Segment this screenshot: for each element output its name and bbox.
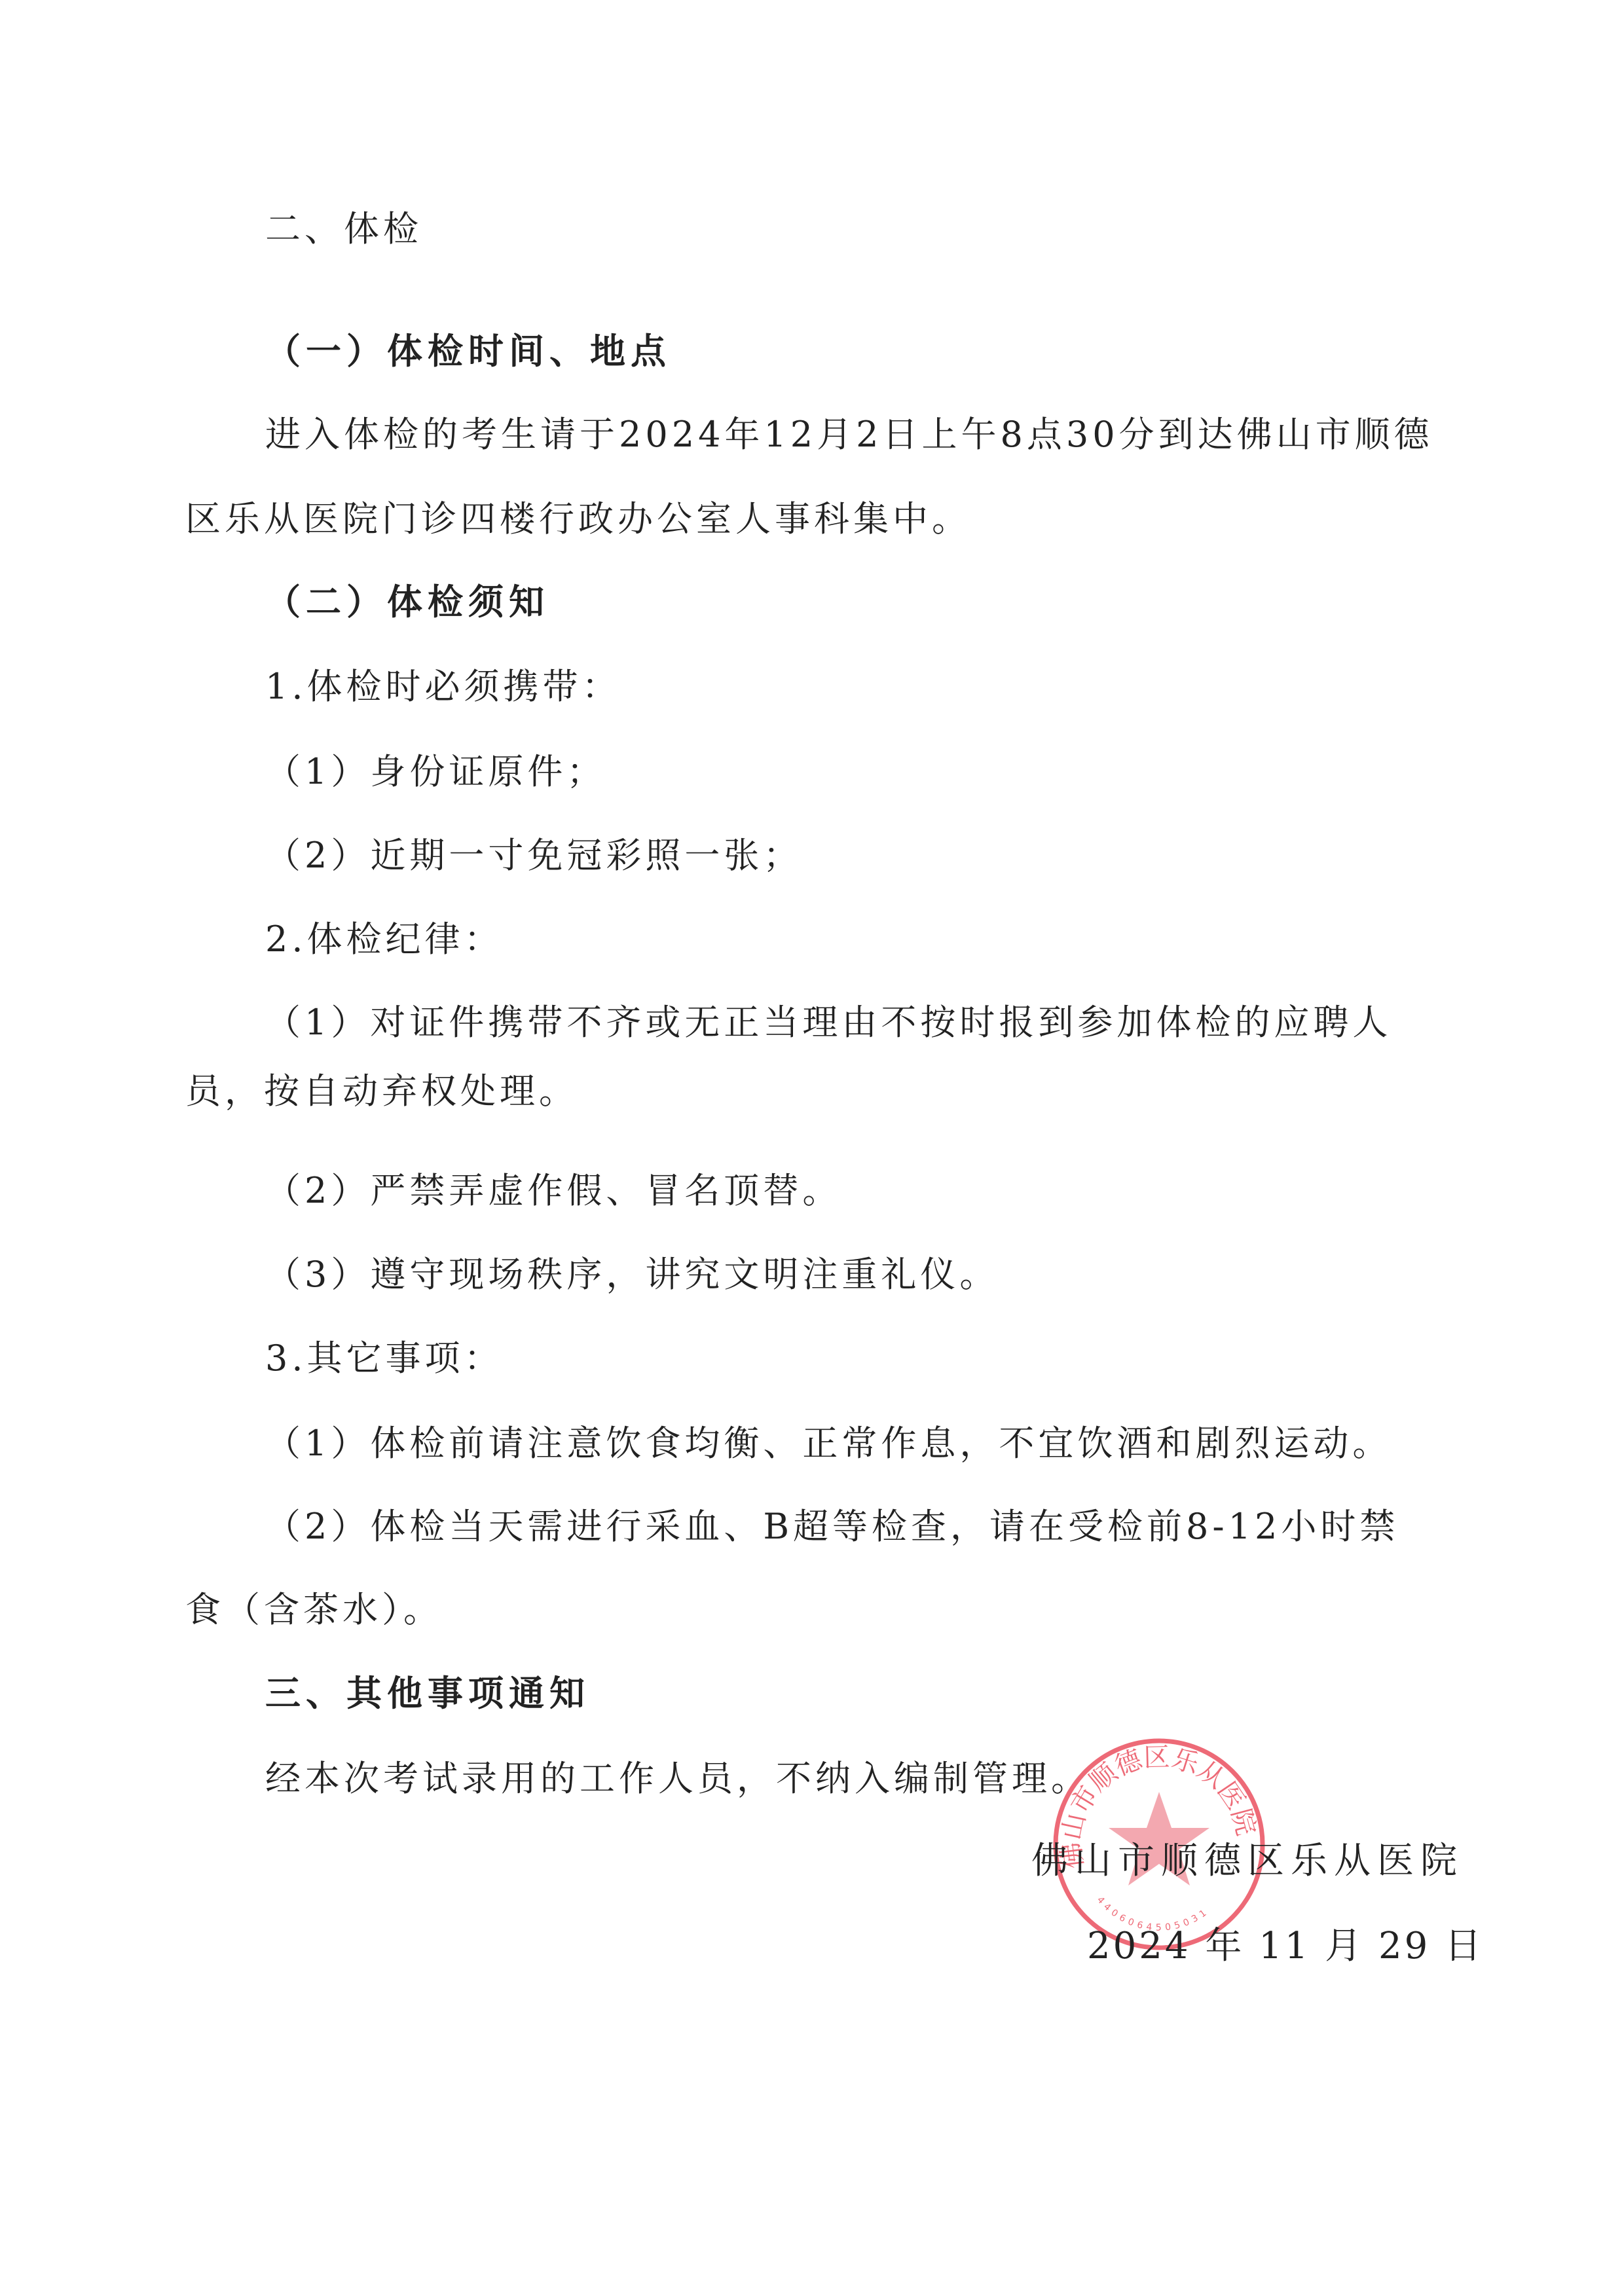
- subsection-1-title: （一）体检时间、地点: [265, 334, 671, 369]
- paragraph-line: 进入体检的考生请于2024年12月2日上午8点30分到达佛山市顺德: [265, 417, 1433, 452]
- section-3-title: 三、其他事项通知: [265, 1676, 590, 1711]
- paragraph-line: 区乐从医院门诊四楼行政办公室人事科集中。: [185, 501, 971, 537]
- list-item: （1）对证件携带不齐或无正当理由不按时报到参加体检的应聘人: [265, 1005, 1392, 1040]
- list-item: 食（含茶水）。: [185, 1592, 443, 1628]
- subsection-2-title: （二）体检须知: [265, 585, 549, 620]
- signature-organization: 佛山市顺德区乐从医院: [1031, 1843, 1464, 1880]
- list-item: （3）遵守现场秩序，讲究文明注重礼仪。: [265, 1257, 999, 1292]
- item-2-title: 2.体检纪律：: [265, 922, 504, 957]
- signature-date: 2024 年 11 月 29 日: [1087, 1928, 1484, 1965]
- section-2-title: 二、体检: [265, 211, 422, 247]
- list-item: （2）近期一寸免冠彩照一张；: [265, 838, 802, 873]
- item-1-title: 1.体检时必须携带：: [265, 669, 621, 704]
- list-item: 员，按自动弃权处理。: [185, 1074, 578, 1109]
- list-item: （2）体检当天需进行采血、B超等检查，请在受检前8-12小时禁: [265, 1509, 1399, 1544]
- list-item: （1）身份证原件；: [265, 754, 606, 790]
- paragraph-line: 经本次考试录用的工作人员，不纳入编制管理。: [265, 1761, 1090, 1796]
- item-3-title: 3.其它事项：: [265, 1341, 504, 1376]
- list-item: （2）严禁弄虚作假、冒名顶替。: [265, 1173, 841, 1209]
- list-item: （1）体检前请注意饮食均衡、正常作息，不宜饮酒和剧烈运动。: [265, 1426, 1392, 1461]
